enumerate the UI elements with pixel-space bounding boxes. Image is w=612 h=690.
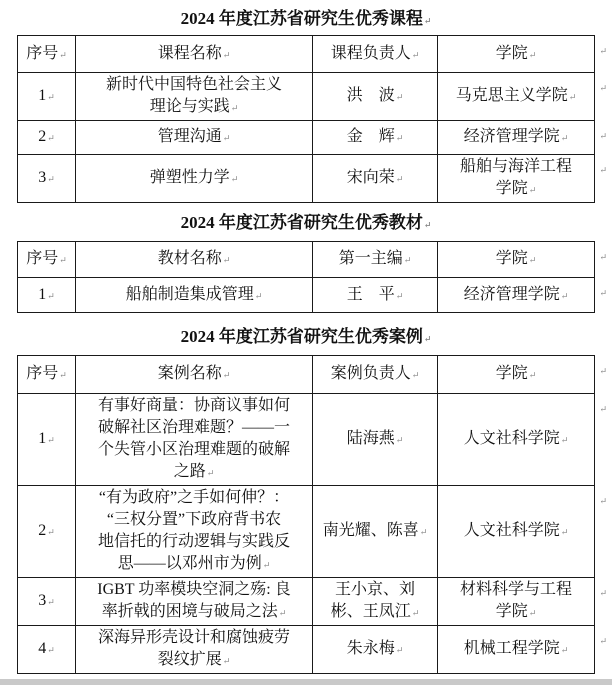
table-row: 1↵ 有事好商量：协商议事如何 破解社区治理难题？——一 个失管小区治理难题的破… bbox=[18, 394, 595, 486]
person-name: 洪 波 bbox=[347, 87, 395, 104]
college-cell: 人文社科学院↵↵ bbox=[438, 394, 595, 486]
college-name: 材料科学与工程 学院 bbox=[460, 581, 572, 620]
cell-end-mark-icon: ↵ bbox=[412, 608, 420, 618]
header-cell-person: 案例负责人↵ bbox=[313, 356, 438, 394]
header-label: 学院 bbox=[496, 365, 528, 382]
table-row: 2↵ “有为政府”之手如何伸？： “三权分置”下政府背书农 地信托的行动逻辑与实… bbox=[18, 486, 595, 578]
person-cell: 朱永梅↵ bbox=[313, 626, 438, 674]
cell-end-mark-icon: ↵ bbox=[396, 133, 404, 143]
row-end-mark-icon: ↵ bbox=[599, 77, 607, 99]
header-cell-name: 教材名称↵ bbox=[76, 242, 313, 278]
row-number-cell: 4↵ bbox=[18, 626, 76, 674]
row-end-mark-icon: ↵ bbox=[599, 490, 607, 512]
row-number-cell: 3↵ bbox=[18, 578, 76, 626]
course-name-cell: 管理沟通↵ bbox=[76, 121, 313, 155]
cell-end-mark-icon: ↵ bbox=[396, 645, 404, 655]
cell-end-mark-icon: ↵ bbox=[47, 527, 55, 537]
row-end-mark-icon: ↵ bbox=[599, 360, 607, 382]
table-row: 1↵ 新时代中国特色社会主义 理论与实践↵ 洪 波↵ 马克思主义学院↵↵ bbox=[18, 73, 595, 121]
cell-end-mark-icon: ↵ bbox=[223, 50, 231, 60]
cell-end-mark-icon: ↵ bbox=[396, 435, 404, 445]
person-cell: 王 平↵ bbox=[313, 278, 438, 313]
section-title-courses: 2024 年度江苏省研究生优秀课程↵ bbox=[17, 0, 595, 33]
cell-end-mark-icon: ↵ bbox=[59, 50, 67, 60]
row-number: 2 bbox=[38, 128, 46, 145]
cell-end-mark-icon: ↵ bbox=[223, 370, 231, 380]
table-row: 4↵ 深海异形壳设计和腐蚀疲劳 裂纹扩展↵ 朱永梅↵ 机械工程学院↵↵ bbox=[18, 626, 595, 674]
section-title-textbooks: 2024 年度江苏省研究生优秀教材↵ bbox=[17, 211, 595, 237]
person-cell: 南光耀、陈喜↵ bbox=[313, 486, 438, 578]
cell-end-mark-icon: ↵ bbox=[47, 645, 55, 655]
header-cell-no: 序号↵ bbox=[18, 356, 76, 394]
person-name: 朱永梅 bbox=[347, 640, 395, 657]
cell-end-mark-icon: ↵ bbox=[529, 185, 537, 195]
paragraph-mark-icon: ↵ bbox=[424, 220, 432, 230]
header-label: 序号 bbox=[26, 45, 58, 62]
college-name: 船舶与海洋工程 学院 bbox=[460, 158, 572, 197]
row-number-cell: 1↵ bbox=[18, 278, 76, 313]
case-name: “有为政府”之手如何伸？： “三权分置”下政府背书农 地信托的行动逻辑与实践反 … bbox=[98, 489, 290, 572]
row-end-mark-icon: ↵ bbox=[599, 40, 607, 62]
textbook-name: 船舶制造集成管理 bbox=[126, 286, 254, 303]
cell-end-mark-icon: ↵ bbox=[47, 92, 55, 102]
college-cell: 经济管理学院↵↵ bbox=[438, 278, 595, 313]
cell-end-mark-icon: ↵ bbox=[47, 597, 55, 607]
person-cell: 宋向荣↵ bbox=[313, 155, 438, 203]
section-title-text: 2024 年度江苏省研究生优秀案例 bbox=[181, 327, 423, 346]
table-header-row: 序号↵ 案例名称↵ 案例负责人↵ 学院↵↵ bbox=[18, 356, 595, 394]
textbooks-table: 序号↵ 教材名称↵ 第一主编↵ 学院↵↵ 1↵ 船舶制造集成管理↵ 王 平↵ 经… bbox=[17, 241, 595, 313]
cell-end-mark-icon: ↵ bbox=[47, 133, 55, 143]
table-header-row: 序号↵ 课程名称↵ 课程负责人↵ 学院↵↵ bbox=[18, 36, 595, 73]
cell-end-mark-icon: ↵ bbox=[223, 133, 231, 143]
row-end-mark-icon: ↵ bbox=[599, 282, 607, 304]
college-cell: 马克思主义学院↵↵ bbox=[438, 73, 595, 121]
person-cell: 洪 波↵ bbox=[313, 73, 438, 121]
table-header-row: 序号↵ 教材名称↵ 第一主编↵ 学院↵↵ bbox=[18, 242, 595, 278]
cell-end-mark-icon: ↵ bbox=[529, 370, 537, 380]
cell-end-mark-icon: ↵ bbox=[207, 468, 215, 478]
cases-table: 序号↵ 案例名称↵ 案例负责人↵ 学院↵↵ 1↵ 有事好商量：协商议事如何 破解… bbox=[17, 355, 595, 674]
courses-table: 序号↵ 课程名称↵ 课程负责人↵ 学院↵↵ 1↵ 新时代中国特色社会主义 理论与… bbox=[17, 35, 595, 203]
row-end-mark-icon: ↵ bbox=[599, 125, 607, 147]
cell-end-mark-icon: ↵ bbox=[412, 50, 420, 60]
cell-end-mark-icon: ↵ bbox=[561, 291, 569, 301]
cell-end-mark-icon: ↵ bbox=[412, 370, 420, 380]
college-name: 经济管理学院 bbox=[464, 128, 560, 145]
header-label: 课程名称 bbox=[158, 45, 222, 62]
college-name: 经济管理学院 bbox=[464, 286, 560, 303]
header-cell-no: 序号↵ bbox=[18, 36, 76, 73]
cell-end-mark-icon: ↵ bbox=[47, 291, 55, 301]
row-end-mark-icon: ↵ bbox=[599, 159, 607, 181]
college-name: 马克思主义学院 bbox=[456, 87, 568, 104]
college-cell: 机械工程学院↵↵ bbox=[438, 626, 595, 674]
header-cell-name: 课程名称↵ bbox=[76, 36, 313, 73]
table-row: 3↵ IGBT 功率模块空洞之殇: 良 率折戟的困境与破局之法↵ 王小京、刘 彬… bbox=[18, 578, 595, 626]
section-title-text: 2024 年度江苏省研究生优秀教材 bbox=[181, 213, 423, 232]
college-name: 人文社科学院 bbox=[464, 430, 560, 447]
course-name-cell: 新时代中国特色社会主义 理论与实践↵ bbox=[76, 73, 313, 121]
page-bottom-edge bbox=[0, 679, 612, 685]
cell-end-mark-icon: ↵ bbox=[529, 255, 537, 265]
person-name: 南光耀、陈喜 bbox=[323, 522, 419, 539]
paragraph-mark-icon: ↵ bbox=[424, 334, 432, 344]
paragraph-mark-icon: ↵ bbox=[424, 16, 432, 26]
person-name: 宋向荣 bbox=[347, 169, 395, 186]
cell-end-mark-icon: ↵ bbox=[231, 174, 239, 184]
case-name: IGBT 功率模块空洞之殇: 良 率折戟的困境与破局之法 bbox=[97, 581, 291, 620]
row-end-mark-icon: ↵ bbox=[599, 582, 607, 604]
header-label: 学院 bbox=[496, 45, 528, 62]
header-cell-person: 第一主编↵ bbox=[313, 242, 438, 278]
course-name: 弹塑性力学 bbox=[150, 169, 230, 186]
cell-end-mark-icon: ↵ bbox=[420, 527, 428, 537]
row-number-cell: 1↵ bbox=[18, 394, 76, 486]
case-name: 深海异形壳设计和腐蚀疲劳 裂纹扩展 bbox=[98, 629, 290, 668]
case-name-cell: “有为政府”之手如何伸？： “三权分置”下政府背书农 地信托的行动逻辑与实践反 … bbox=[76, 486, 313, 578]
table-row: 2↵ 管理沟通↵ 金 辉↵ 经济管理学院↵↵ bbox=[18, 121, 595, 155]
cell-end-mark-icon: ↵ bbox=[59, 255, 67, 265]
header-cell-person: 课程负责人↵ bbox=[313, 36, 438, 73]
cell-end-mark-icon: ↵ bbox=[561, 133, 569, 143]
row-number: 3 bbox=[38, 169, 46, 186]
row-number-cell: 2↵ bbox=[18, 121, 76, 155]
person-name: 陆海燕 bbox=[347, 430, 395, 447]
cell-end-mark-icon: ↵ bbox=[569, 92, 577, 102]
row-number: 1 bbox=[38, 286, 46, 303]
row-end-mark-icon: ↵ bbox=[599, 246, 607, 268]
cell-end-mark-icon: ↵ bbox=[396, 92, 404, 102]
person-cell: 陆海燕↵ bbox=[313, 394, 438, 486]
college-cell: 材料科学与工程 学院↵↵ bbox=[438, 578, 595, 626]
college-name: 机械工程学院 bbox=[464, 640, 560, 657]
cell-end-mark-icon: ↵ bbox=[561, 645, 569, 655]
course-name: 管理沟通 bbox=[158, 128, 222, 145]
header-cell-college: 学院↵↵ bbox=[438, 356, 595, 394]
cell-end-mark-icon: ↵ bbox=[263, 560, 271, 570]
header-cell-name: 案例名称↵ bbox=[76, 356, 313, 394]
header-label: 课程负责人 bbox=[331, 45, 411, 62]
cell-end-mark-icon: ↵ bbox=[223, 656, 231, 666]
case-name-cell: 有事好商量：协商议事如何 破解社区治理难题？——一 个失管小区治理难题的破解 之… bbox=[76, 394, 313, 486]
person-cell: 金 辉↵ bbox=[313, 121, 438, 155]
header-label: 序号 bbox=[26, 365, 58, 382]
row-number-cell: 1↵ bbox=[18, 73, 76, 121]
row-number: 1 bbox=[38, 430, 46, 447]
cell-end-mark-icon: ↵ bbox=[396, 174, 404, 184]
course-name-cell: 弹塑性力学↵ bbox=[76, 155, 313, 203]
row-number: 1 bbox=[38, 87, 46, 104]
row-end-mark-icon: ↵ bbox=[599, 398, 607, 420]
course-name: 新时代中国特色社会主义 理论与实践 bbox=[106, 76, 282, 115]
document-page: 2024 年度江苏省研究生优秀课程↵ 序号↵ 课程名称↵ 课程负责人↵ 学院↵↵… bbox=[0, 0, 612, 674]
cell-end-mark-icon: ↵ bbox=[529, 50, 537, 60]
case-name-cell: IGBT 功率模块空洞之殇: 良 率折戟的困境与破局之法↵ bbox=[76, 578, 313, 626]
person-name: 金 辉 bbox=[347, 128, 395, 145]
case-name-cell: 深海异形壳设计和腐蚀疲劳 裂纹扩展↵ bbox=[76, 626, 313, 674]
table-row: 1↵ 船舶制造集成管理↵ 王 平↵ 经济管理学院↵↵ bbox=[18, 278, 595, 313]
cell-end-mark-icon: ↵ bbox=[404, 255, 412, 265]
cell-end-mark-icon: ↵ bbox=[59, 370, 67, 380]
cell-end-mark-icon: ↵ bbox=[561, 527, 569, 537]
section-title-cases: 2024 年度江苏省研究生优秀案例↵ bbox=[17, 325, 595, 351]
row-number: 2 bbox=[38, 522, 46, 539]
header-label: 教材名称 bbox=[158, 250, 222, 267]
header-label: 序号 bbox=[26, 250, 58, 267]
row-number: 4 bbox=[38, 640, 46, 657]
college-cell: 人文社科学院↵↵ bbox=[438, 486, 595, 578]
college-name: 人文社科学院 bbox=[464, 522, 560, 539]
person-name: 王小京、刘 彬、王凤江 bbox=[331, 581, 415, 620]
person-name: 王 平 bbox=[347, 286, 395, 303]
cell-end-mark-icon: ↵ bbox=[47, 435, 55, 445]
table-row: 3↵ 弹塑性力学↵ 宋向荣↵ 船舶与海洋工程 学院↵↵ bbox=[18, 155, 595, 203]
cell-end-mark-icon: ↵ bbox=[279, 608, 287, 618]
cell-end-mark-icon: ↵ bbox=[529, 608, 537, 618]
row-end-mark-icon: ↵ bbox=[599, 630, 607, 652]
case-name: 有事好商量：协商议事如何 破解社区治理难题？——一 个失管小区治理难题的破解 之… bbox=[98, 397, 290, 480]
cell-end-mark-icon: ↵ bbox=[561, 435, 569, 445]
cell-end-mark-icon: ↵ bbox=[255, 291, 263, 301]
cell-end-mark-icon: ↵ bbox=[223, 255, 231, 265]
header-label: 案例负责人 bbox=[331, 365, 411, 382]
cell-end-mark-icon: ↵ bbox=[231, 103, 239, 113]
header-cell-college: 学院↵↵ bbox=[438, 242, 595, 278]
header-label: 案例名称 bbox=[158, 365, 222, 382]
cell-end-mark-icon: ↵ bbox=[396, 291, 404, 301]
row-number-cell: 3↵ bbox=[18, 155, 76, 203]
college-cell: 经济管理学院↵↵ bbox=[438, 121, 595, 155]
person-cell: 王小京、刘 彬、王凤江↵ bbox=[313, 578, 438, 626]
header-label: 学院 bbox=[496, 250, 528, 267]
header-cell-college: 学院↵↵ bbox=[438, 36, 595, 73]
header-cell-no: 序号↵ bbox=[18, 242, 76, 278]
row-number: 3 bbox=[38, 592, 46, 609]
college-cell: 船舶与海洋工程 学院↵↵ bbox=[438, 155, 595, 203]
row-number-cell: 2↵ bbox=[18, 486, 76, 578]
section-title-text: 2024 年度江苏省研究生优秀课程 bbox=[181, 9, 423, 28]
cell-end-mark-icon: ↵ bbox=[47, 174, 55, 184]
header-label: 第一主编 bbox=[339, 250, 403, 267]
textbook-name-cell: 船舶制造集成管理↵ bbox=[76, 278, 313, 313]
